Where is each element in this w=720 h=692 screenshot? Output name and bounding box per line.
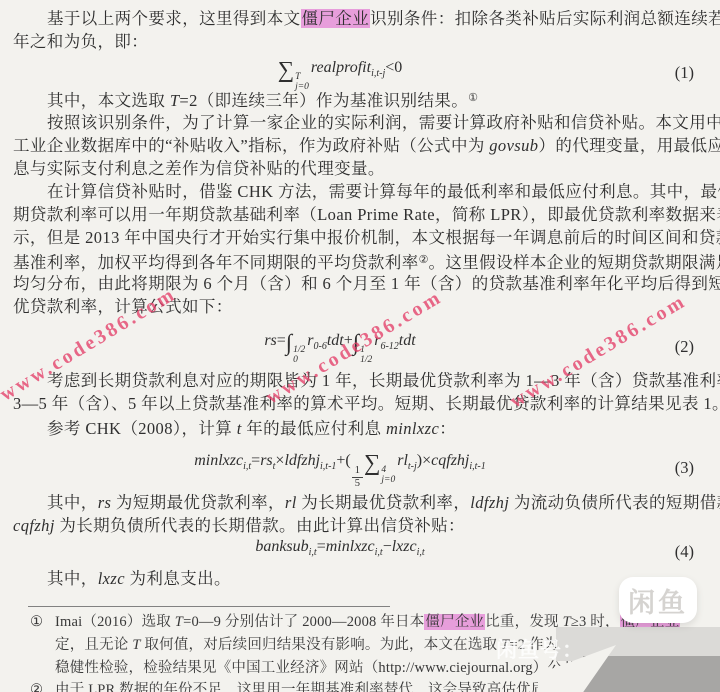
body-line: 其中，本文选取 T=2（即连续三年）作为基准识别结果。① <box>47 88 478 111</box>
text-segment: i,t-1 <box>469 461 485 472</box>
text-segment: +( <box>336 452 350 469</box>
text-segment: Imai（2016）选取 <box>55 614 175 630</box>
text-segment: cqfzhj <box>13 516 55 535</box>
text-segment: minlxzc <box>194 452 243 469</box>
text-segment: 其中，本文选取 <box>47 91 170 110</box>
xianyu-badge-label: 闲鱼号： <box>496 634 584 664</box>
text-segment: − <box>383 538 392 555</box>
highlight-text: 僵尸企业 <box>424 614 485 630</box>
text-segment: rs <box>98 493 112 512</box>
text-segment: 为短期最优贷款利率， <box>111 493 285 512</box>
text-segment: rl <box>285 493 297 512</box>
equation-number-3: (3) <box>675 458 694 478</box>
text-segment: 参考 CHK（2008），计算 <box>47 419 237 438</box>
text-segment: 为流动负债所代表的短期借款， <box>509 493 720 512</box>
equation-number-2: (2) <box>675 337 694 357</box>
body-line: 基于以上两个要求，这里得到本文僵尸企业识别条件：扣除各类补贴后实际利润总额连续若… <box>47 8 720 29</box>
text-segment: banksub <box>255 538 308 555</box>
body-line: 年之和为负，即： <box>13 31 148 52</box>
text-segment: ② <box>419 254 429 266</box>
text-segment: 考虑到长期贷款利息对应的期限皆为 1 年，长期最优贷款利率为 1—3 年（含）贷… <box>47 371 720 390</box>
text-segment: 3—5 年（含）、5 年以上贷款基准利率的算术平均。短期、长期最优贷款利率的计算… <box>13 394 720 413</box>
text-segment: T <box>170 91 180 110</box>
body-line: 其中，lxzc 为利息支出。 <box>47 568 231 589</box>
highlight-text: 僵尸企业 <box>301 9 371 28</box>
footnote-marker: ② <box>30 680 43 692</box>
text-segment: i,t <box>375 547 383 558</box>
text-segment: ∑ <box>278 57 294 82</box>
body-line: 均匀分布，由此将期限为 6 个月（含）和 6 个月至 1 年（含）的贷款基准利率… <box>13 273 720 294</box>
body-line: 参考 CHK（2008），计算 t 年的最低应付利息 minlxzc： <box>47 418 456 439</box>
text-segment: ldfzhj <box>284 452 320 469</box>
text-segment: rl <box>397 452 408 469</box>
text-segment: = <box>317 538 326 555</box>
body-line: 息与实际支付利息之差作为信贷补贴的代理变量。 <box>13 158 385 179</box>
text-segment: 其中， <box>47 569 98 588</box>
text-segment: i,t-j <box>371 68 385 79</box>
body-line: 考虑到长期贷款利息对应的期限皆为 1 年，长期最优贷款利率为 1—3 年（含）贷… <box>47 370 720 391</box>
text-segment: lxzc <box>392 538 417 555</box>
text-segment: 识别条件：扣除各类补贴后实际利润总额连续若干 <box>370 9 720 28</box>
fraction: 15 <box>352 465 363 490</box>
text-segment: 均匀分布，由此将期限为 6 个月（含）和 6 个月至 1 年（含）的贷款基准利率… <box>13 274 720 293</box>
text-segment: 按照该识别条件，为了计算一家企业的实际利润，需要计算政府补贴和信贷补贴。本文用中… <box>47 113 720 132</box>
body-line: cqfzhj 为长期负债所代表的长期借款。由此计算出信贷补贴： <box>13 515 465 536</box>
body-line: 示，但是 2013 年中国央行才开始实行集中报价机制，本文根据每一年调息前后的时… <box>13 227 720 248</box>
text-segment: cqfzhj <box>431 452 469 469</box>
text-segment: realprofit <box>311 59 371 76</box>
text-segment: rs <box>260 452 272 469</box>
body-line: 3—5 年（含）、5 年以上贷款基准利率的算术平均。短期、长期最优贷款利率的计算… <box>13 393 720 414</box>
text-segment: i,t <box>243 461 251 472</box>
text-segment: ： <box>439 419 456 438</box>
xianyu-logo-text: 闲鱼 <box>628 581 688 620</box>
body-line: 基准利率，加权平均得到各年不同期限的平均贷款利率②。这里假设样本企业的短期贷款期… <box>13 250 720 273</box>
text-segment: 取何值，对后续回归结果没有影响。为此，本文在选取 <box>141 637 501 653</box>
text-segment: i,t <box>417 547 425 558</box>
text-segment: lxzc <box>98 569 125 588</box>
text-segment: minlxzc <box>326 538 375 555</box>
text-segment: =0—9 分别估计了 2000—2008 年日本 <box>183 614 424 630</box>
equation-number-4: (4) <box>675 542 694 562</box>
text-segment: ∑ <box>364 450 380 475</box>
text-segment: tdt <box>399 332 416 349</box>
limits: 1/20 <box>293 346 305 366</box>
text-segment: ① <box>468 92 478 104</box>
text-segment: 为长期负债所代表的长期借款。由此计算出信贷补贴： <box>55 516 465 535</box>
xianyu-logo: 闲鱼 <box>619 577 697 623</box>
text-segment: 其中， <box>47 493 98 512</box>
text-segment: 基于以上两个要求，这里得到本文 <box>47 9 301 28</box>
text-segment: <0 <box>385 59 402 76</box>
text-segment: 为长期最优贷款利率， <box>297 493 471 512</box>
body-line: 在计算信贷补贴时，借鉴 CHK 方法，需要计算每年的最低利率和最低应付利息。其中… <box>47 181 720 202</box>
text-segment: 。这里假设样本企业的短期贷款期限满足 <box>428 253 720 272</box>
text-segment: = <box>277 332 286 349</box>
text-segment: 息与实际支付利息之差作为信贷补贴的代理变量。 <box>13 159 385 178</box>
text-segment: ）的代理变量，用最低应付利 <box>538 136 720 155</box>
text-segment: i,t-1 <box>320 461 336 472</box>
text-segment: ∫ <box>286 330 292 355</box>
text-segment: 为利息支出。 <box>125 569 231 588</box>
equation-4: banksubi,t=minlxzci,t−lxzci,t <box>0 538 680 558</box>
text-segment: = <box>251 452 260 469</box>
text-segment: 基准利率，加权平均得到各年不同期限的平均贷款利率 <box>13 253 419 272</box>
text-segment: 工业企业数据库中的“补贴收入”指标，作为政府补贴（公式中为 <box>13 136 489 155</box>
text-segment: ldfzhj <box>470 493 509 512</box>
text-segment: 在计算信贷补贴时，借鉴 CHK 方法，需要计算每年的最低利率和最低应付利息。其中… <box>47 182 720 201</box>
text-segment: minlxzc <box>386 419 439 438</box>
text-segment: 期贷款利率可以用一年期贷款基础利率（Loan Prime Rate，简称 LPR… <box>13 205 720 224</box>
text-segment: T <box>175 614 183 630</box>
text-segment: 年之和为负，即： <box>13 32 148 51</box>
equation-number-1: (1) <box>675 63 694 83</box>
equation-3: minlxzci,t=rst×ldfzhji,t-1+(15∑4j=0rlt-j… <box>0 450 680 490</box>
document-page: 基于以上两个要求，这里得到本文僵尸企业识别条件：扣除各类补贴后实际利润总额连续若… <box>0 0 720 692</box>
text-segment: 示，但是 2013 年中国央行才开始实行集中报价机制，本文根据每一年调息前后的时… <box>13 228 720 247</box>
text-segment: 0-6 <box>313 341 326 352</box>
footnote-marker: ① <box>30 612 43 632</box>
text-segment: rs <box>264 332 276 349</box>
text-segment: i,t <box>309 547 317 558</box>
text-segment: govsub <box>489 136 538 155</box>
text-segment: 比重，发现 <box>485 614 562 630</box>
text-segment: T <box>132 637 140 653</box>
limits: 4j=0 <box>381 466 395 486</box>
text-segment: 定，且无论 <box>55 637 132 653</box>
body-line: 其中，rs 为短期最优贷款利率，rl 为长期最优贷款利率，ldfzhj 为流动负… <box>47 492 720 513</box>
text-segment: =2（即连续三年）作为基准识别结果。 <box>179 91 468 110</box>
body-line: 按照该识别条件，为了计算一家企业的实际利润，需要计算政府补贴和信贷补贴。本文用中… <box>47 112 720 133</box>
footnote-separator <box>28 606 390 607</box>
body-line: 工业企业数据库中的“补贴收入”指标，作为政府补贴（公式中为 govsub）的代理… <box>13 135 720 156</box>
text-segment: )× <box>417 452 431 469</box>
text-segment: 年的最低应付利息 <box>242 419 386 438</box>
body-line: 期贷款利率可以用一年期贷款基础利率（Loan Prime Rate，简称 LPR… <box>13 204 720 225</box>
text-segment: t-j <box>408 461 417 472</box>
